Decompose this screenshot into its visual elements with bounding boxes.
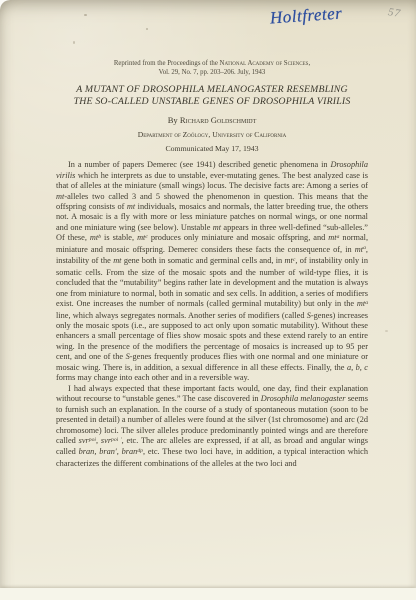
communicated-date: Communicated May 17, 1943	[56, 144, 368, 153]
author-affiliation: Department of Zoölogy, University of Cal…	[56, 130, 368, 139]
body-paragraph-2: I had always expected that these importa…	[56, 384, 368, 470]
article-title-line-2: THE SO-CALLED UNSTABLE GENES OF DROSOPHI…	[56, 96, 368, 108]
paper-speck	[385, 330, 388, 332]
scanned-page: Holtfreter 57 Reprinted from the Proceed…	[0, 0, 416, 600]
scan-bottom-edge	[0, 588, 416, 600]
body-paragraph-1: In a number of papers Demerec (see 1941)…	[56, 160, 368, 384]
page-content: Reprinted from the Proceedings of the Na…	[56, 0, 368, 469]
handwritten-corner-number: 57	[387, 6, 402, 20]
article-body: In a number of papers Demerec (see 1941)…	[56, 160, 368, 469]
author-byline: By Richard Goldschmidt	[56, 115, 368, 125]
article-title: A MUTANT OF DROSOPHILA MELANOGASTER RESE…	[56, 84, 368, 107]
reprint-notice-line-2: Vol. 29, No. 7, pp. 203–206. July, 1943	[56, 68, 368, 77]
article-title-line-1: A MUTANT OF DROSOPHILA MELANOGASTER RESE…	[56, 84, 368, 96]
reprint-notice-line-1: Reprinted from the Proceedings of the Na…	[56, 59, 368, 68]
